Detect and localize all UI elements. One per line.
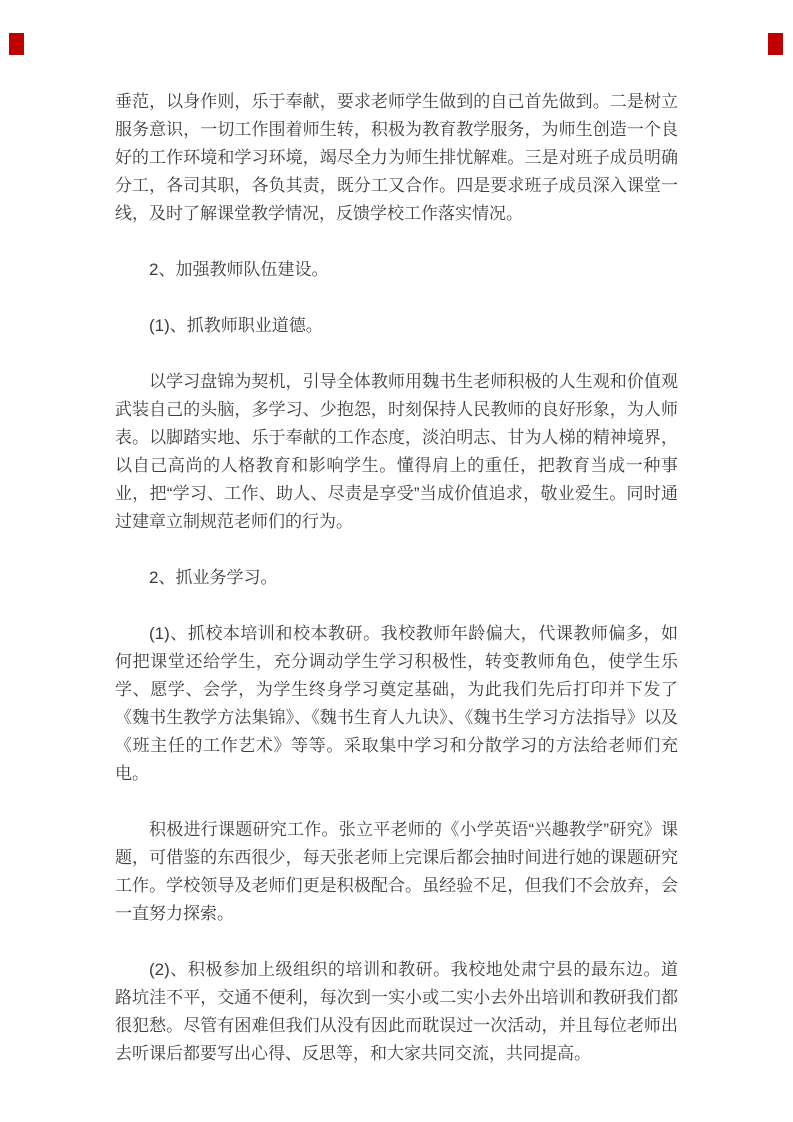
paragraph: (1)、抓校本培训和校本教研。我校教师年龄偏大，代课教师偏多，如何把课堂还给学生…: [115, 620, 678, 788]
page-corner-mark-icon: [768, 33, 783, 55]
page-corner-mark-icon: [9, 33, 24, 55]
document-page: { "page": { "background": "#ffffff", "te…: [0, 0, 793, 1122]
document-body: 垂范，以身作则，乐于奉献，要求老师学生做到的自己首先做到。二是树立服务意识，一切…: [115, 88, 678, 1096]
paragraph: 以学习盘锦为契机，引导全体教师用魏书生老师积极的人生观和价值观武装自己的头脑，多…: [115, 368, 678, 536]
paragraph: (1)、抓教师职业道德。: [115, 312, 678, 340]
paragraph: 积极进行课题研究工作。张立平老师的《小学英语“兴趣教学”研究》课题，可借鉴的东西…: [115, 816, 678, 928]
paragraph: 2、抓业务学习。: [115, 564, 678, 592]
paragraph: 垂范，以身作则，乐于奉献，要求老师学生做到的自己首先做到。二是树立服务意识，一切…: [115, 88, 678, 228]
paragraph: 2、加强教师队伍建设。: [115, 256, 678, 284]
paragraph: (2)、积极参加上级组织的培训和教研。我校地处肃宁县的最东边。道路坑洼不平，交通…: [115, 956, 678, 1068]
